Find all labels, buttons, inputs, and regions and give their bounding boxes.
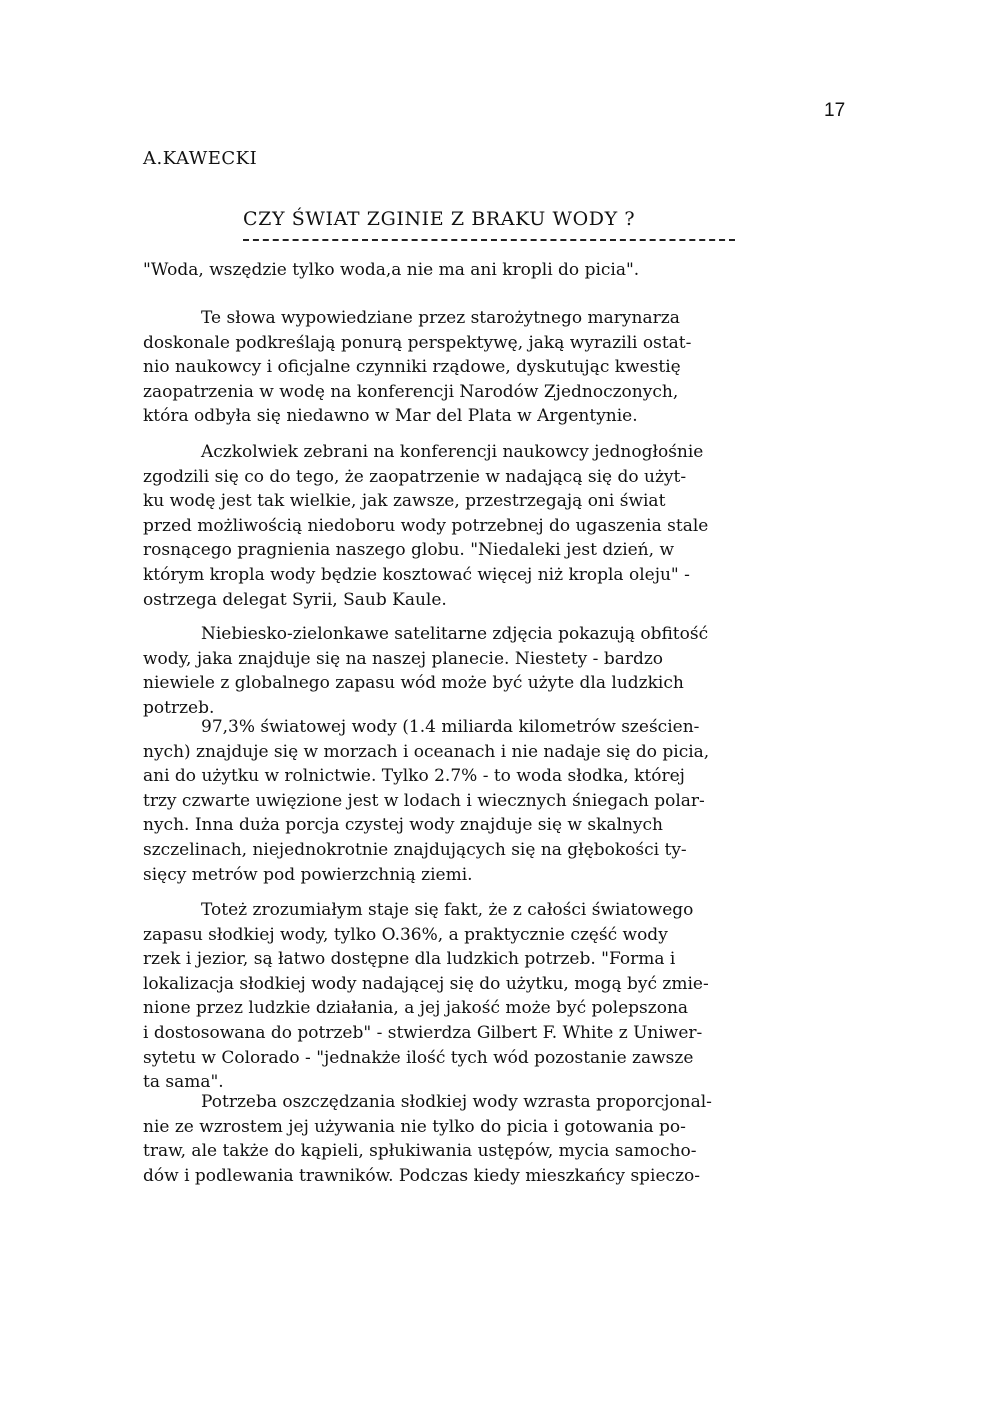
text-line: sięcy metrów pod powierzchnią ziemi. [143,863,878,888]
text-line: ku wodę jest tak wielkie, jak zawsze, pr… [143,489,878,514]
text-line: nych) znajduje się w morzach i oceanach … [143,740,878,765]
text-line: niewiele z globalnego zapasu wód może by… [143,671,878,696]
text-line: ani do użytku w rolnictwie. Tylko 2.7% -… [143,764,878,789]
text-line: sytetu w Colorado - "jednakże ilość tych… [143,1046,878,1071]
text-line: Te słowa wypowiedziane przez starożytneg… [143,306,878,331]
text-line: wody, jaka znajduje się na naszej planec… [143,647,878,672]
text-line: Niebiesko-zielonkawe satelitarne zdjęcia… [143,622,878,647]
text-line: zgodzili się co do tego, że zaopatrzenie… [143,465,878,490]
text-line: rosnącego pragnienia naszego globu. "Nie… [143,538,878,563]
text-line: nie ze wzrostem jej używania nie tylko d… [143,1115,878,1140]
text-line: doskonale podkreślają ponurą perspektywę… [143,331,878,356]
title-underline [243,239,735,241]
text-line: zaopatrzenia w wodę na konferencji Narod… [143,380,878,405]
text-line: Toteż zrozumiałym staje się fakt, że z c… [143,898,878,923]
text-line: szczelinach, niejednokrotnie znajdującyc… [143,838,878,863]
text-line: którym kropla wody będzie kosztować więc… [143,563,878,588]
text-line: 97,3% światowej wody (1.4 miliarda kilom… [143,715,878,740]
paragraph-2: Aczkolwiek zebrani na konferencji naukow… [143,440,878,612]
paragraph-1: Te słowa wypowiedziane przez starożytneg… [143,306,878,429]
author: A.KAWECKI [143,148,257,169]
text-line: dów i podlewania trawników. Podczas kied… [143,1164,878,1189]
text-line: Potrzeba oszczędzania słodkiej wody wzra… [143,1090,878,1115]
text-line: przed możliwością niedoboru wody potrzeb… [143,514,878,539]
text-line: trzy czwarte uwięzione jest w lodach i w… [143,789,878,814]
text-line: Aczkolwiek zebrani na konferencji naukow… [143,440,878,465]
epigraph: "Woda, wszędzie tylko woda,a nie ma ani … [143,260,639,280]
text-line: nio naukowcy i oficjalne czynniki rządow… [143,355,878,380]
text-line: rzek i jezior, są łatwo dostępne dla lud… [143,947,878,972]
text-line: zapasu słodkiej wody, tylko O.36%, a pra… [143,923,878,948]
article-title: CZY ŚWIAT ZGINIE Z BRAKU WODY ? [243,208,635,230]
text-line: lokalizacja słodkiej wody nadającej się … [143,972,878,997]
text-line: traw, ale także do kąpieli, spłukiwania … [143,1139,878,1164]
page-number: 17 [824,100,845,122]
paragraph-6: Potrzeba oszczędzania słodkiej wody wzra… [143,1090,878,1188]
text-line: nych. Inna duża porcja czystej wody znaj… [143,813,878,838]
text-line: która odbyła się niedawno w Mar del Plat… [143,404,878,429]
text-line: ostrzega delegat Syrii, Saub Kaule. [143,588,878,613]
text-line: nione przez ludzkie działania, a jej jak… [143,996,878,1021]
paragraph-5: Toteż zrozumiałym staje się fakt, że z c… [143,898,878,1095]
paragraph-3: Niebiesko-zielonkawe satelitarne zdjęcia… [143,622,878,720]
text-line: i dostosowana do potrzeb" - stwierdza Gi… [143,1021,878,1046]
paragraph-4: 97,3% światowej wody (1.4 miliarda kilom… [143,715,878,887]
